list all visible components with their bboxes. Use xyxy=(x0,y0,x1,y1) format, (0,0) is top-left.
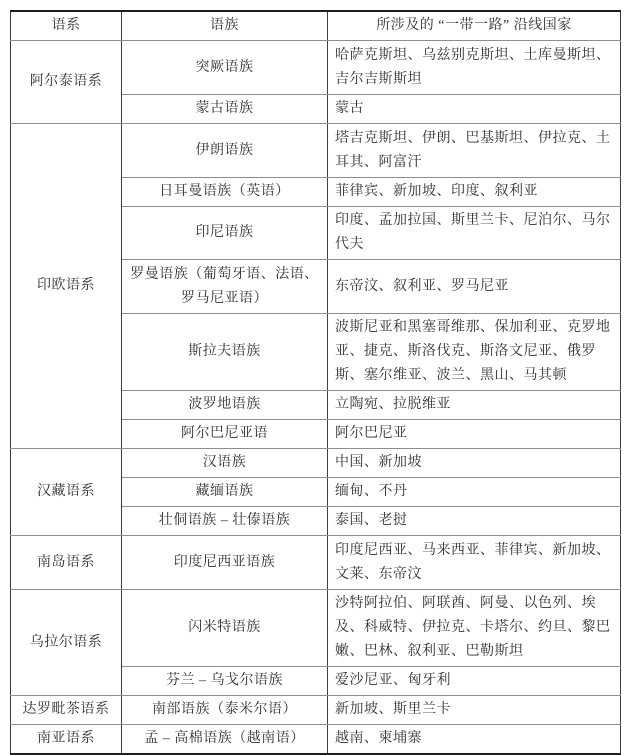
branch-cell: 壮侗语族 – 壮傣语族 xyxy=(122,507,328,536)
branch-cell: 波罗地语族 xyxy=(122,391,328,420)
countries-cell: 缅甸、不丹 xyxy=(328,478,621,507)
family-cell: 汉藏语系 xyxy=(11,449,122,536)
family-cell: 南亚语系 xyxy=(11,725,122,755)
branch-cell: 罗曼语族（葡萄牙语、法语、罗马尼亚语） xyxy=(122,260,328,314)
countries-cell: 塔吉克斯坦、伊朗、巴基斯坦、伊拉克、土耳其、阿富汗 xyxy=(328,124,621,178)
family-cell: 阿尔泰语系 xyxy=(11,41,122,124)
branch-cell: 闪米特语族 xyxy=(122,590,328,667)
table-row: 阿尔泰语系突厥语族哈萨克斯坦、乌兹别克斯坦、土库曼斯坦、吉尔吉斯斯坦 xyxy=(11,41,621,95)
scanned-page: 语系 语族 所涉及的 “一带一路” 沿线国家 阿尔泰语系突厥语族哈萨克斯坦、乌兹… xyxy=(0,0,630,716)
branch-cell: 藏缅语族 xyxy=(122,478,328,507)
branch-cell: 斯拉夫语族 xyxy=(122,314,328,391)
countries-cell: 越南、柬埔寨 xyxy=(328,725,621,755)
column-header-family: 语系 xyxy=(11,11,122,41)
table-row: 乌拉尔语系闪米特语族沙特阿拉伯、阿联酋、阿曼、以色列、埃及、科威特、伊拉克、卡塔… xyxy=(11,590,621,667)
table-row: 汉藏语系汉语族中国、新加坡 xyxy=(11,449,621,478)
countries-cell: 泰国、老挝 xyxy=(328,507,621,536)
branch-cell: 芬兰 – 乌戈尔语族 xyxy=(122,667,328,696)
branch-cell: 日耳曼语族（英语） xyxy=(122,178,328,207)
family-cell: 乌拉尔语系 xyxy=(11,590,122,696)
branch-cell: 印度尼西亚语族 xyxy=(122,536,328,590)
countries-cell: 蒙古 xyxy=(328,95,621,124)
countries-cell: 立陶宛、拉脱维亚 xyxy=(328,391,621,420)
table-body: 阿尔泰语系突厥语族哈萨克斯坦、乌兹别克斯坦、土库曼斯坦、吉尔吉斯斯坦蒙古语族蒙古… xyxy=(11,41,621,755)
family-cell: 达罗毗茶语系 xyxy=(11,696,122,725)
branch-cell: 伊朗语族 xyxy=(122,124,328,178)
header-row: 语系 语族 所涉及的 “一带一路” 沿线国家 xyxy=(11,11,621,41)
countries-cell: 中国、新加坡 xyxy=(328,449,621,478)
branch-cell: 印尼语族 xyxy=(122,207,328,260)
countries-cell: 菲律宾、新加坡、印度、叙利亚 xyxy=(328,178,621,207)
branch-cell: 蒙古语族 xyxy=(122,95,328,124)
branch-cell: 南部语族（泰米尔语） xyxy=(122,696,328,725)
table-row: 南亚语系孟 – 高棉语族（越南语）越南、柬埔寨 xyxy=(11,725,621,755)
countries-cell: 新加坡、斯里兰卡 xyxy=(328,696,621,725)
countries-cell: 波斯尼亚和黑塞哥维那、保加利亚、克罗地亚、捷克、斯洛伐克、斯洛文尼亚、俄罗斯、塞… xyxy=(328,314,621,391)
column-header-countries: 所涉及的 “一带一路” 沿线国家 xyxy=(328,11,621,41)
countries-cell: 爱沙尼亚、匈牙利 xyxy=(328,667,621,696)
branch-cell: 汉语族 xyxy=(122,449,328,478)
column-header-branch: 语族 xyxy=(122,11,328,41)
branch-cell: 突厥语族 xyxy=(122,41,328,95)
countries-cell: 阿尔巴尼亚 xyxy=(328,420,621,449)
branch-cell: 孟 – 高棉语族（越南语） xyxy=(122,725,328,755)
language-family-table: 语系 语族 所涉及的 “一带一路” 沿线国家 阿尔泰语系突厥语族哈萨克斯坦、乌兹… xyxy=(10,10,621,755)
countries-cell: 沙特阿拉伯、阿联酋、阿曼、以色列、埃及、科威特、伊拉克、卡塔尔、约旦、黎巴嫩、巴… xyxy=(328,590,621,667)
table-row: 南岛语系印度尼西亚语族印度尼西亚、马来西亚、菲律宾、新加坡、文莱、东帝汶 xyxy=(11,536,621,590)
family-cell: 南岛语系 xyxy=(11,536,122,590)
family-cell: 印欧语系 xyxy=(11,124,122,449)
countries-cell: 东帝汶、叙利亚、罗马尼亚 xyxy=(328,260,621,314)
table-row: 印欧语系伊朗语族塔吉克斯坦、伊朗、巴基斯坦、伊拉克、土耳其、阿富汗 xyxy=(11,124,621,178)
countries-cell: 哈萨克斯坦、乌兹别克斯坦、土库曼斯坦、吉尔吉斯斯坦 xyxy=(328,41,621,95)
branch-cell: 阿尔巴尼亚语 xyxy=(122,420,328,449)
countries-cell: 印度、孟加拉国、斯里兰卡、尼泊尔、马尔代夫 xyxy=(328,207,621,260)
countries-cell: 印度尼西亚、马来西亚、菲律宾、新加坡、文莱、东帝汶 xyxy=(328,536,621,590)
table-row: 达罗毗茶语系南部语族（泰米尔语）新加坡、斯里兰卡 xyxy=(11,696,621,725)
